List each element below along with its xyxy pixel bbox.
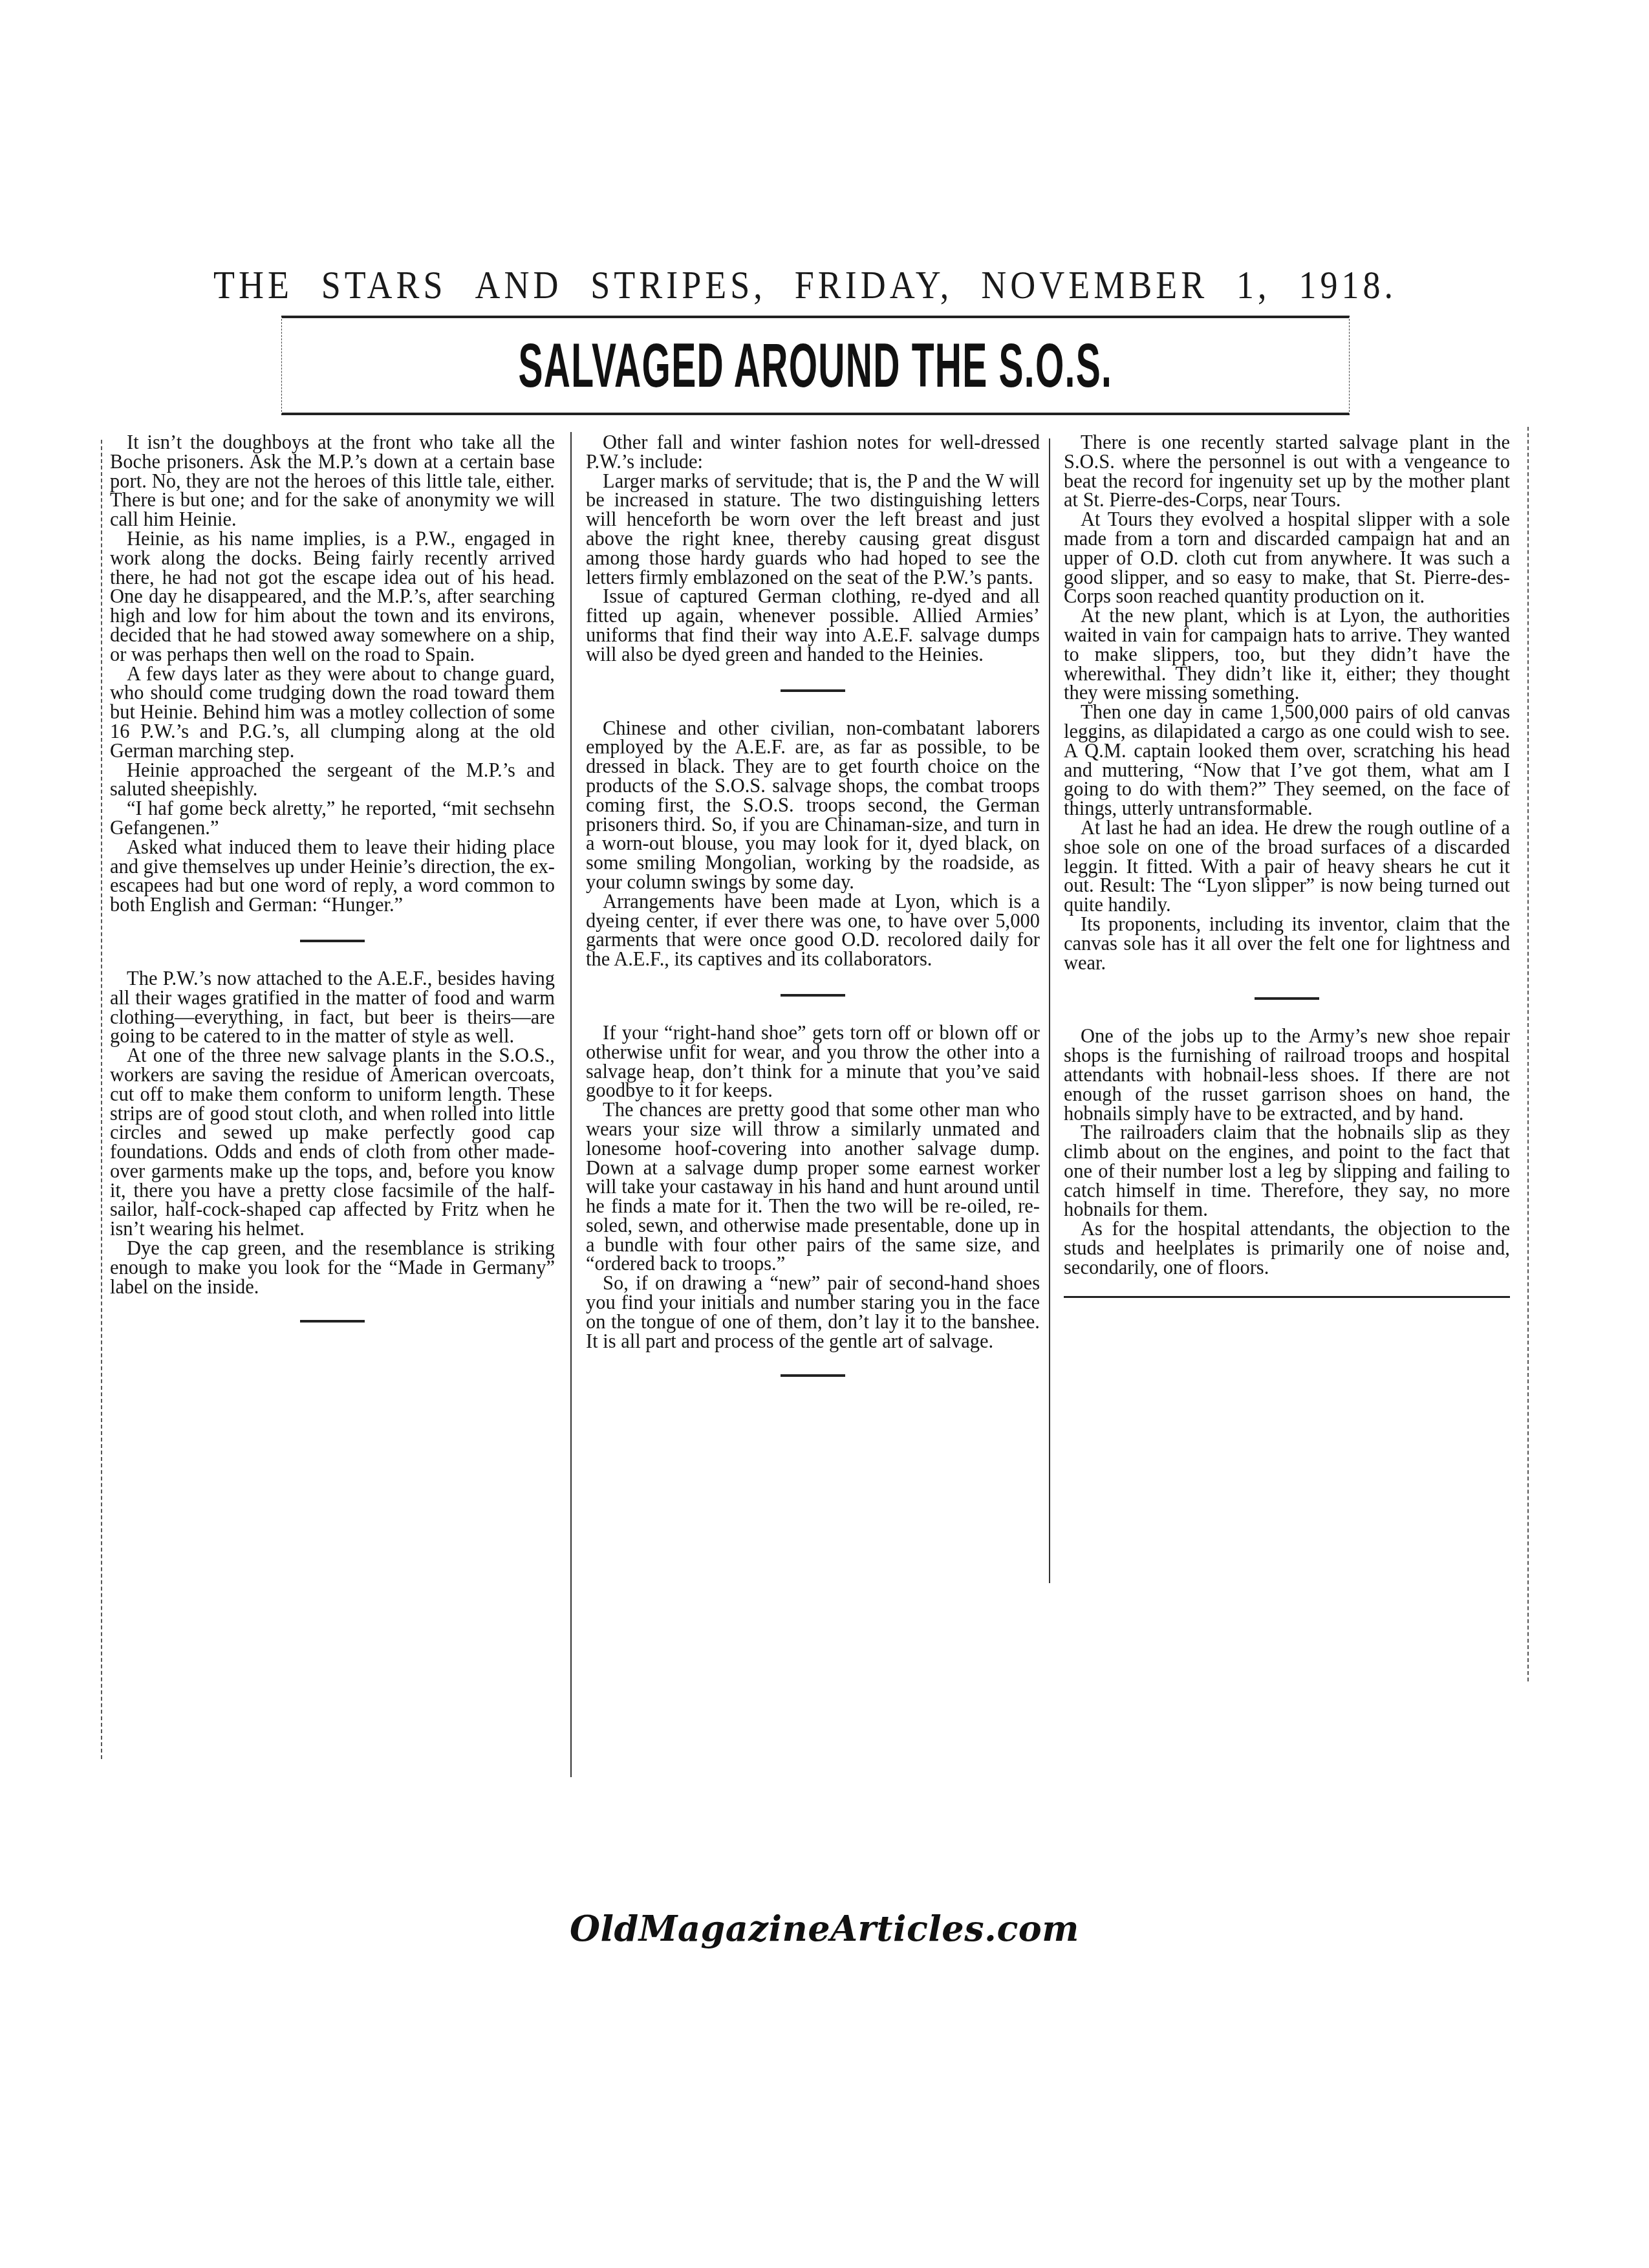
section-separator — [781, 1374, 845, 1377]
article-section: Other fall and winter fashion notes for … — [586, 433, 1040, 665]
paragraph: The railroaders claim that the hobnails … — [1064, 1123, 1510, 1220]
paragraph: Arrangements have been made at Lyon, whi… — [586, 892, 1040, 969]
source-watermark: OldMagazineArticles.com — [0, 1908, 1649, 1949]
paragraph: At Tours they evolved a hospital slipper… — [1064, 510, 1510, 607]
article-column-3: There is one recently started salvage pl… — [1064, 433, 1510, 1298]
newspaper-masthead: THE STARS AND STRIPES, FRIDAY, NOVEMBER … — [213, 259, 1397, 311]
column-rule-left-edge — [101, 440, 102, 1759]
masthead-word: THE — [213, 261, 293, 307]
paragraph: Larger marks of servitude; that is, the … — [586, 472, 1040, 588]
paragraph: One of the jobs up to the Army’s new sho… — [1064, 1027, 1510, 1123]
paragraph: It isn’t the doughboys at the front who … — [110, 433, 555, 530]
paragraph: If your “right-hand shoe” gets torn off … — [586, 1024, 1040, 1101]
paragraph: “I haf gome beck alretty,” he reported, … — [110, 799, 555, 838]
paragraph: Its proponents, including its inventor, … — [1064, 915, 1510, 973]
paragraph: Heinie, as his name implies, is a P.W., … — [110, 530, 555, 665]
paragraph: The P.W.’s now attached to the A.E.F., b… — [110, 969, 555, 1046]
paragraph: Issue of captured German clothing, re-dy… — [586, 587, 1040, 664]
column-rule-right-edge — [1527, 427, 1529, 1681]
paragraph: At the new plant, which is at Lyon, the … — [1064, 607, 1510, 703]
section-separator — [781, 994, 845, 997]
article-column-2: Other fall and winter fashion notes for … — [586, 433, 1040, 1377]
headline-box: SALVAGED AROUND THE S.O.S. — [281, 316, 1350, 415]
column-rule-1-2 — [570, 432, 572, 1777]
masthead-word: STARS — [321, 261, 447, 307]
paragraph: So, if on drawing a “new” pair of second… — [586, 1274, 1040, 1351]
section-separator — [781, 689, 845, 692]
section-separator — [1255, 997, 1319, 1000]
article-section: It isn’t the doughboys at the front who … — [110, 433, 555, 915]
section-separator — [300, 1320, 365, 1323]
section-separator — [300, 940, 365, 942]
masthead-word: FRIDAY, — [795, 261, 953, 307]
article-section: If your “right-hand shoe” gets torn off … — [586, 1024, 1040, 1352]
paragraph: Asked what induced them to leave their h… — [110, 838, 555, 915]
article-section: One of the jobs up to the Army’s new sho… — [1064, 1027, 1510, 1277]
paragraph: The chances are pretty good that some ot… — [586, 1101, 1040, 1274]
article-section: The P.W.’s now attached to the A.E.F., b… — [110, 969, 555, 1297]
paragraph: Chinese and other civilian, non-combatan… — [586, 719, 1040, 892]
paragraph: A few days later as they were about to c… — [110, 665, 555, 761]
paragraph: Heinie approached the sergeant of the M.… — [110, 761, 555, 800]
article-end-rule — [1064, 1296, 1510, 1298]
paragraph: At one of the three new salvage plants i… — [110, 1046, 555, 1239]
article-section: There is one recently started salvage pl… — [1064, 433, 1510, 973]
column-rule-2-3 — [1049, 438, 1050, 1583]
paragraph: Dye the cap green, and the resemblance i… — [110, 1239, 555, 1297]
masthead-word: NOVEMBER — [981, 261, 1208, 307]
paragraph: There is one recently started salvage pl… — [1064, 433, 1510, 510]
masthead-word: 1, — [1236, 261, 1271, 307]
paragraph: Other fall and winter fashion notes for … — [586, 433, 1040, 472]
masthead-word: STRIPES, — [590, 261, 766, 307]
masthead-word: 1918. — [1299, 261, 1397, 307]
article-section: Chinese and other civilian, non-combatan… — [586, 719, 1040, 969]
paragraph: At last he had an idea. He drew the roug… — [1064, 819, 1510, 915]
headline: SALVAGED AROUND THE S.O.S. — [519, 330, 1113, 401]
article-column-1: It isn’t the doughboys at the front who … — [110, 433, 555, 1323]
masthead-word: AND — [475, 261, 562, 307]
paragraph: Then one day in came 1,500,000 pairs of … — [1064, 703, 1510, 819]
paragraph: As for the hospital attendants, the obje… — [1064, 1220, 1510, 1277]
